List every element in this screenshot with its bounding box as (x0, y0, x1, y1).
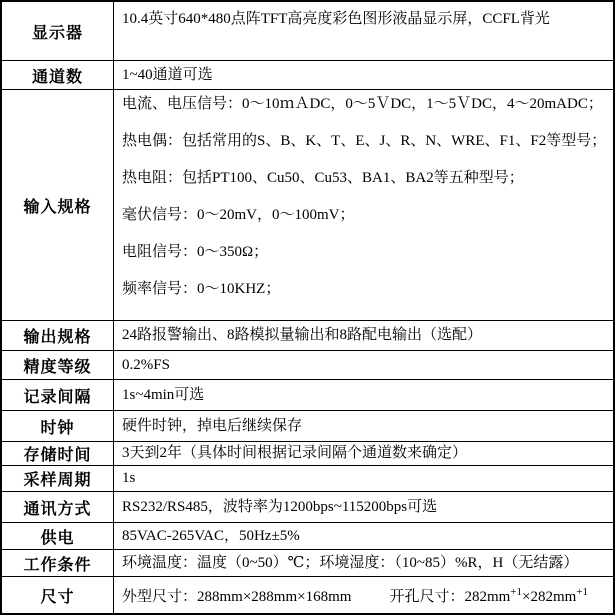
row-value: 1~40通道可选 (114, 61, 613, 89)
row-value: 0.2%FS (114, 351, 613, 379)
row-value: 硬件时钟，掉电后继续保存 (114, 411, 613, 441)
spec-row-record-interval: 记录间隔 1s~4min可选 (2, 379, 613, 410)
spec-row-storage-time: 存储时间 3天到2年（具体时间根据记录间隔个通道数来确定） (2, 441, 613, 465)
row-value: 10.4英寸640*480点阵TFT高亮度彩色图形液晶显示屏，CCFL背光 (114, 2, 613, 60)
spec-row-communication: 通讯方式 RS232/RS485，波特率为1200bps~115200bps可选 (2, 491, 613, 522)
spec-row-channels: 通道数 1~40通道可选 (2, 60, 613, 89)
spec-row-clock: 时钟 硬件时钟，掉电后继续保存 (2, 410, 613, 441)
row-label: 工作条件 (2, 550, 114, 576)
row-value: 1s (114, 466, 613, 491)
row-label: 尺寸 (2, 577, 114, 613)
row-label: 供电 (2, 523, 114, 549)
row-value: RS232/RS485，波特率为1200bps~115200bps可选 (114, 492, 613, 522)
row-label: 采样周期 (2, 466, 114, 491)
row-value: 外型尺寸：288mm×288mm×168mm开孔尺寸：282mm+1×282mm… (114, 577, 613, 613)
row-label: 通道数 (2, 61, 114, 89)
row-label: 输入规格 (2, 90, 114, 320)
row-label: 显示器 (2, 2, 114, 60)
row-value: 1s~4min可选 (114, 380, 613, 410)
row-label: 存储时间 (2, 442, 114, 465)
input-spec-line-thermocouple: 热电偶：包括常用的S、B、K、T、E、J、R、N、WRE、F1、F2等型号； (122, 132, 607, 151)
input-spec-line-rtd: 热电阻：包括PT100、Cu50、Cu53、BA1、BA2等五种型号； (122, 169, 607, 188)
spec-row-input: 输入规格 电流、电压信号：0～10ｍＡDC，0～5ＶDC，1～5ＶDC，4～20… (2, 89, 613, 320)
hole-tolerance-sup: +1 (576, 586, 588, 598)
row-value: 环境温度：温度（0~50）℃；环境湿度：（10~85）%R，H（无结露） (114, 550, 613, 576)
spec-row-dimensions: 尺寸 外型尺寸：288mm×288mm×168mm开孔尺寸：282mm+1×28… (2, 576, 613, 613)
row-label: 精度等级 (2, 351, 114, 379)
input-spec-line-resistance: 电阻信号：0～350Ω； (122, 243, 607, 262)
spec-table: 显示器 10.4英寸640*480点阵TFT高亮度彩色图形液晶显示屏，CCFL背… (0, 0, 615, 615)
row-value: 85VAC-265VAC，50Hz±5% (114, 523, 613, 549)
row-label: 通讯方式 (2, 492, 114, 522)
spec-row-sampling-period: 采样周期 1s (2, 465, 613, 491)
input-spec-line-millivolt: 毫伏信号：0～20mV，0～100mV； (122, 206, 607, 225)
hole-tolerance-sup: +1 (510, 586, 522, 598)
spec-row-display: 显示器 10.4英寸640*480点阵TFT高亮度彩色图形液晶显示屏，CCFL背… (2, 2, 613, 60)
input-spec-line-frequency: 频率信号：0～10KHZ； (122, 280, 607, 299)
hole-dimensions: 开孔尺寸：282mm+1×282mm+1 (389, 588, 588, 607)
row-label: 时钟 (2, 411, 114, 441)
row-value: 3天到2年（具体时间根据记录间隔个通道数来确定） (114, 442, 613, 465)
spec-row-power-supply: 供电 85VAC-265VAC，50Hz±5% (2, 522, 613, 549)
input-spec-line-current-voltage: 电流、电压信号：0～10ｍＡDC，0～5ＶDC，1～5ＶDC，4～20mADC； (122, 95, 607, 114)
row-label: 记录间隔 (2, 380, 114, 410)
spec-row-output: 输出规格 24路报警输出、8路模拟量输出和8路配电输出（选配） (2, 320, 613, 350)
spec-row-working-conditions: 工作条件 环境温度：温度（0~50）℃；环境湿度：（10~85）%R，H（无结露… (2, 549, 613, 576)
row-value: 24路报警输出、8路模拟量输出和8路配电输出（选配） (114, 321, 613, 350)
row-value: 电流、电压信号：0～10ｍＡDC，0～5ＶDC，1～5ＶDC，4～20mADC；… (114, 90, 613, 320)
spec-row-accuracy: 精度等级 0.2%FS (2, 350, 613, 379)
row-label: 输出规格 (2, 321, 114, 350)
outer-dimensions: 外型尺寸：288mm×288mm×168mm (122, 588, 351, 607)
